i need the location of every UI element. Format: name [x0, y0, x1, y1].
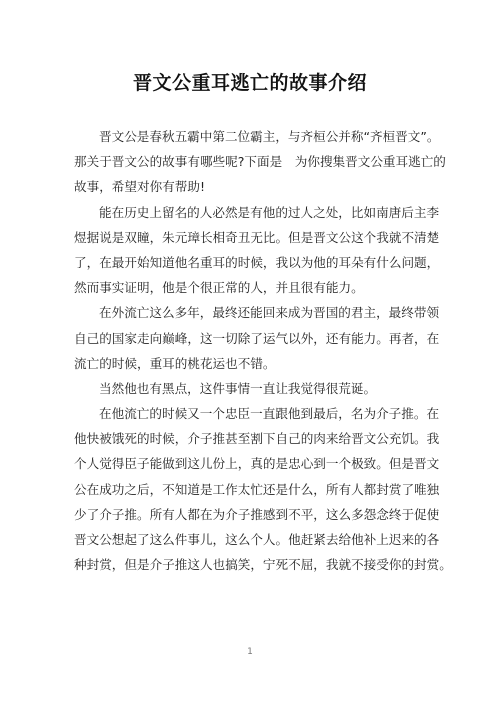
text-line: 他快被饿死的时候，介子推甚至割下自己的肉来给晋文公充饥。我	[74, 426, 428, 451]
text-line: 少了介子推。所有人都在为介子推感到不平，这么多怨念终于促使	[74, 502, 428, 527]
document-body: 晋文公是春秋五霸中第二位霸主，与齐桓公并称“齐桓晋文”。 那关于晋文公的故事有哪…	[74, 124, 428, 577]
text-line: 在他流亡的时候又一个忠臣一直跟他到最后，名为介子推。在	[74, 401, 428, 426]
text-line: 然而事实证明，他是个很正常的人，并且很有能力。	[74, 275, 428, 300]
text-line: 公在成功之后，不知道是工作太忙还是什么，所有人都封赏了唯独	[74, 477, 428, 502]
text-line: 故事，希望对你有帮助!	[74, 174, 428, 199]
text-line: 个人觉得臣子能做到这儿份上，真的是忠心到一个极致。但是晋文	[74, 451, 428, 476]
text-line: 煜据说是双瞳，朱元璋长相奇丑无比。但是晋文公这个我就不清楚	[74, 225, 428, 250]
text-line: 晋文公是春秋五霸中第二位霸主，与齐桓公并称“齐桓晋文”。	[74, 124, 428, 149]
text-line: 晋文公想起了这么件事儿，这么个人。他赶紧去给他补上迟来的各	[74, 527, 428, 552]
text-line: 了，在最开始知道他名重耳的时候，我以为他的耳朵有什么问题，	[74, 250, 428, 275]
text-line: 自己的国家走向巅峰，这一切除了运气以外，还有能力。再者，在	[74, 326, 428, 351]
page-number: 1	[0, 647, 500, 657]
document-title: 晋文公重耳逃亡的故事介绍	[0, 68, 500, 95]
text-line: 当然他也有黑点，这件事情一直让我觉得很荒诞。	[74, 376, 428, 401]
text-line: 种封赏，但是介子推这人也搞笑，宁死不屈，我就不接受你的封赏。	[74, 552, 428, 577]
text-line: 那关于晋文公的故事有哪些呢?下面是 为你搜集晋文公重耳逃亡的	[74, 149, 428, 174]
text-line: 在外流亡这么多年，最终还能回来成为晋国的君主，最终带领	[74, 300, 428, 325]
text-line: 流亡的时候，重耳的桃花运也不错。	[74, 351, 428, 376]
text-line: 能在历史上留名的人必然是有他的过人之处，比如南唐后主李	[74, 200, 428, 225]
document-page: 晋文公重耳逃亡的故事介绍 晋文公是春秋五霸中第二位霸主，与齐桓公并称“齐桓晋文”…	[0, 0, 500, 708]
